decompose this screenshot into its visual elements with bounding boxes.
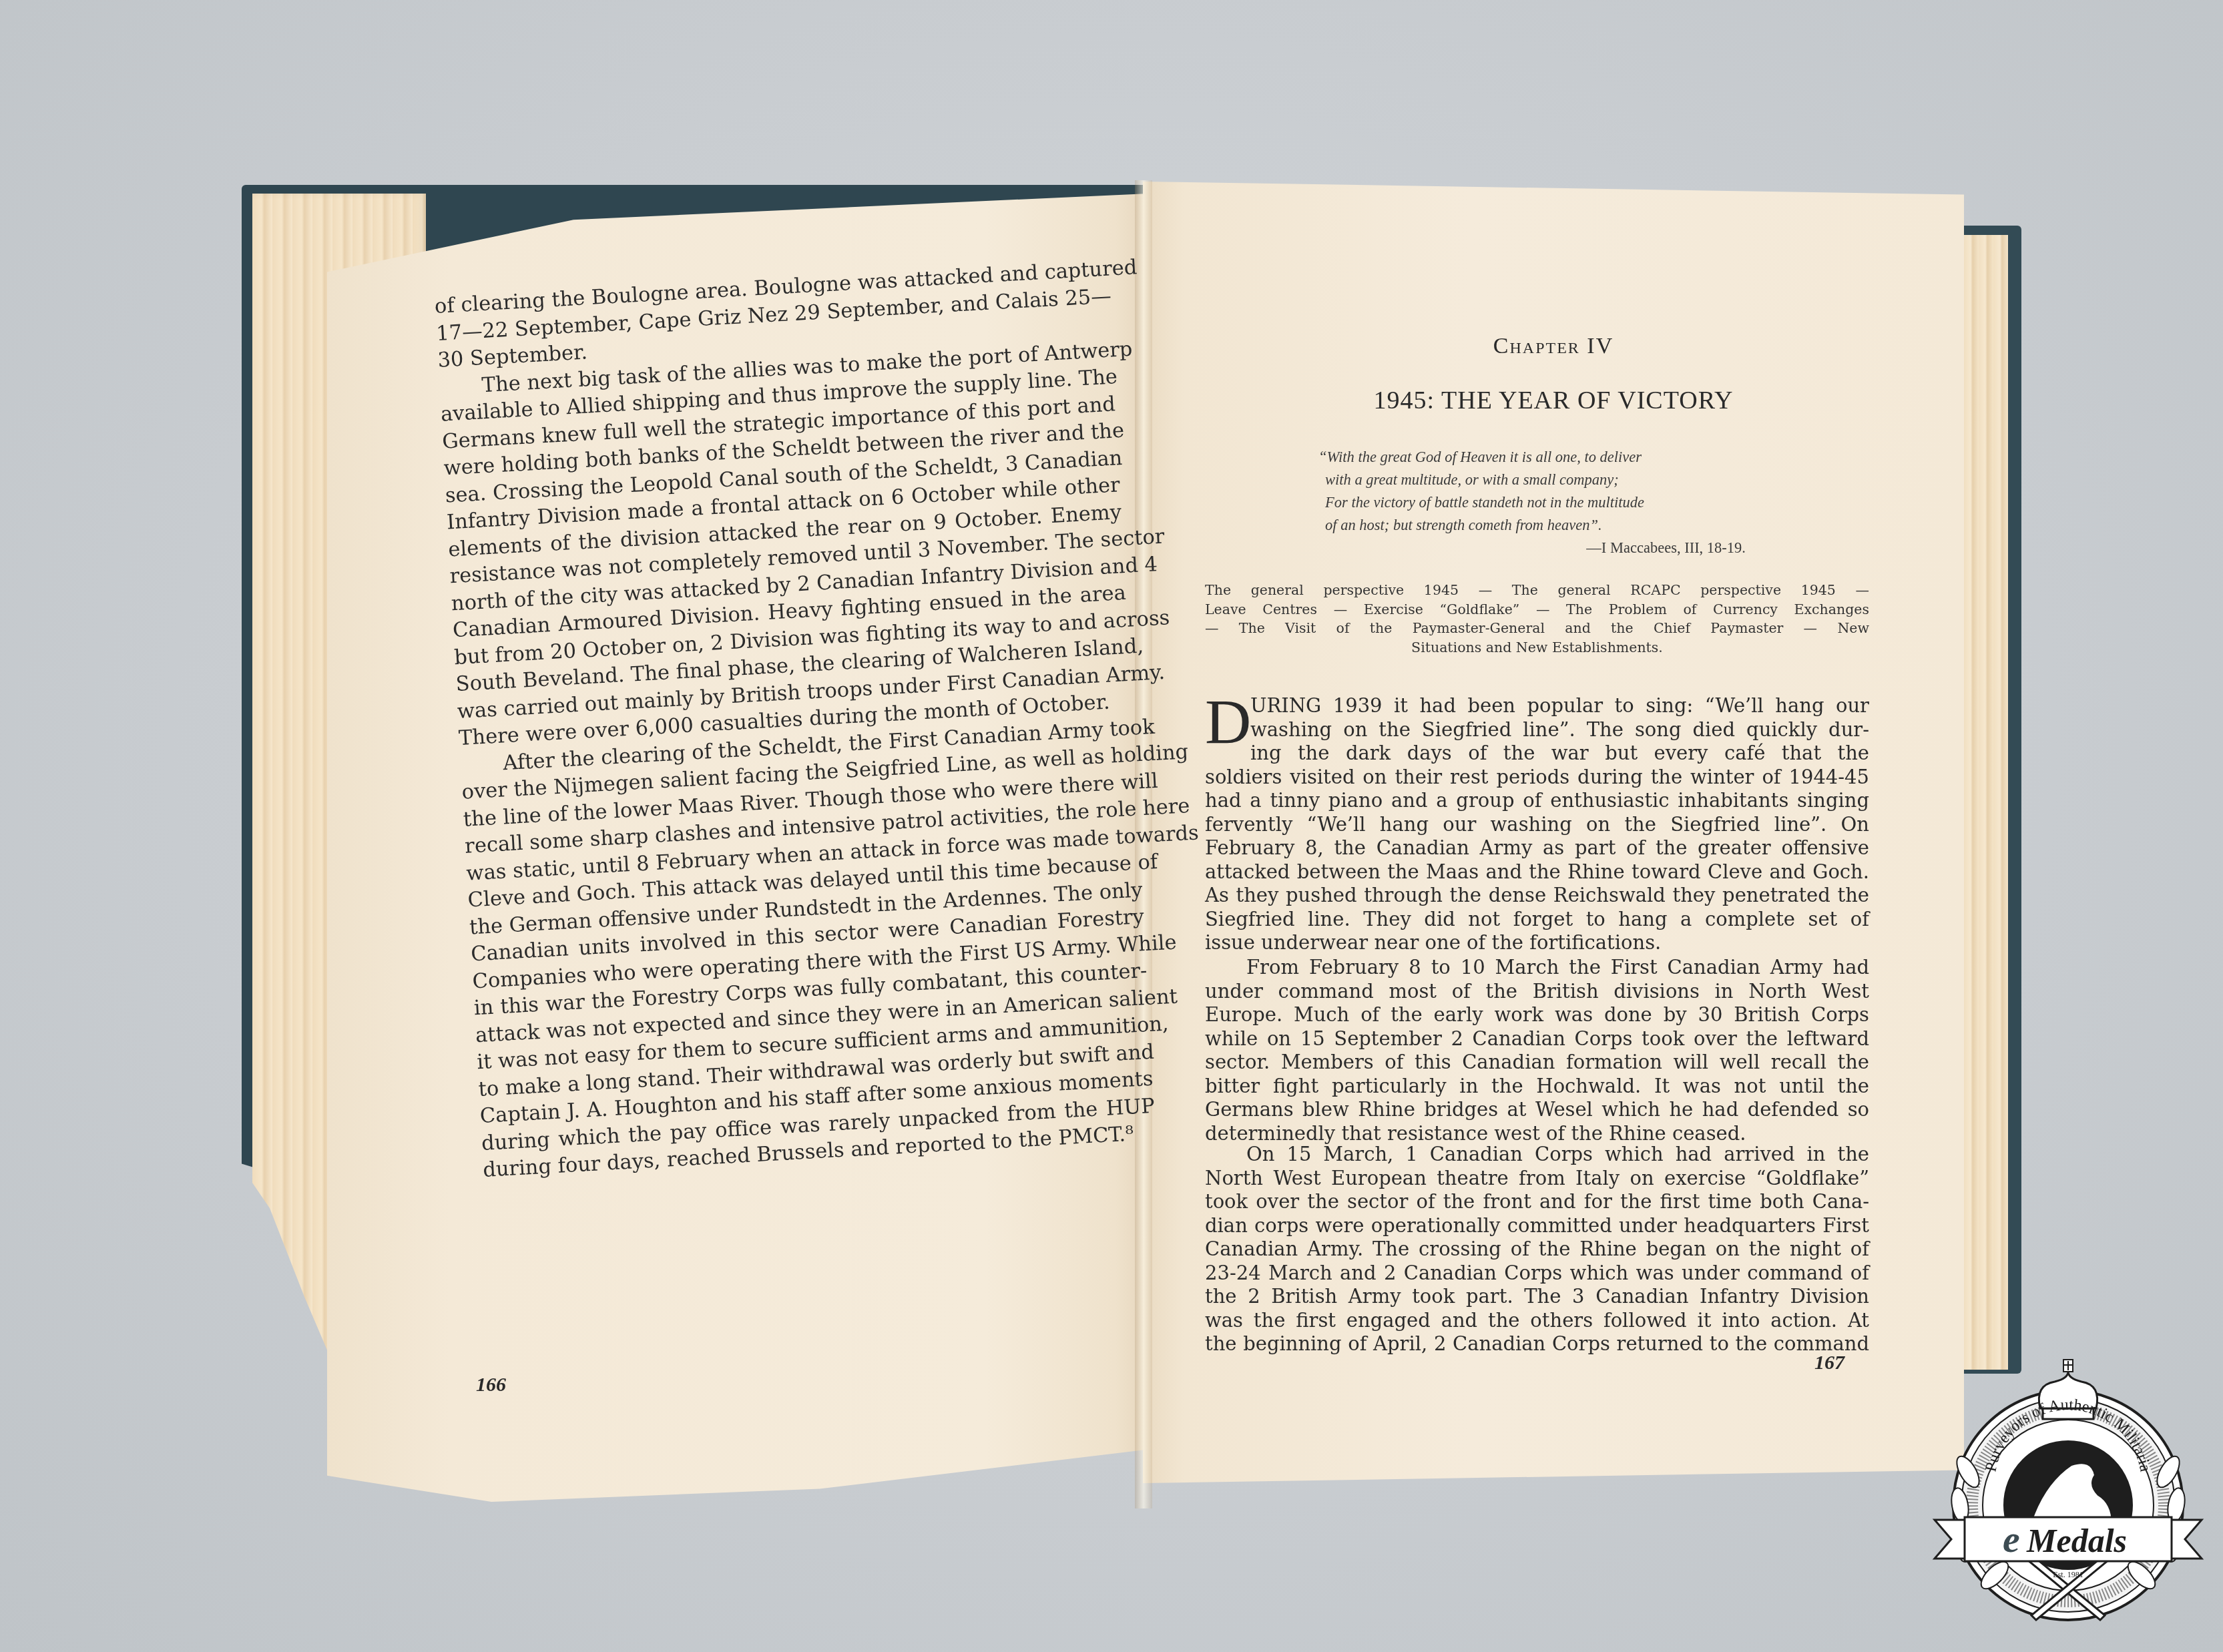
paragraph-3: On 15 March, 1 Canadian Corps which had … bbox=[1205, 1143, 1869, 1356]
text-line: North West European theatre from Italy o… bbox=[1205, 1167, 1869, 1191]
text-line: Siegfried line. They did not forget to h… bbox=[1205, 908, 1869, 932]
epigraph-line: “With the great God of Heaven it is all … bbox=[1318, 446, 1746, 469]
epigraph-attribution: —I Maccabees, III, 18-19. bbox=[1318, 537, 1746, 559]
left-page-body: of clearing the Boulogne area. Boulogne … bbox=[434, 256, 1157, 1185]
epigraph-line: with a great multitude, or with a small … bbox=[1318, 469, 1746, 491]
text-line: attacked between the Maas and the Rhine … bbox=[1205, 860, 1869, 884]
text-line: issue underwear near one of the fortific… bbox=[1205, 931, 1869, 955]
text-line: Canadian Army. The crossing of the Rhine… bbox=[1205, 1237, 1869, 1262]
text-line: Europe. Much of the early work was done … bbox=[1205, 1003, 1869, 1027]
epigraph-line: of an host; but strength cometh from hea… bbox=[1318, 514, 1746, 537]
summary-line: Leave Centres — Exercise “Goldflake” — T… bbox=[1205, 600, 1869, 619]
text-line: 23-24 March and 2 Canadian Corps which w… bbox=[1205, 1262, 1869, 1286]
text-line: determinedly that resistance west of the… bbox=[1205, 1122, 1869, 1146]
text-line: under command most of the British divisi… bbox=[1205, 980, 1869, 1004]
text-line: February 8, the Canadian Army as part of… bbox=[1205, 836, 1869, 860]
text-line: had a tinny piano and a group of enthusi… bbox=[1205, 789, 1869, 813]
summary-line: — The Visit of the Paymaster-General and… bbox=[1205, 619, 1869, 638]
page-number-left: 166 bbox=[476, 1374, 506, 1396]
text-line: dian corps were operationally committed … bbox=[1205, 1214, 1869, 1238]
text-line: On 15 March, 1 Canadian Corps which had … bbox=[1205, 1143, 1869, 1167]
svg-text:e: e bbox=[2003, 1517, 2020, 1561]
text-line: Germans blew Rhine bridges at Wesel whic… bbox=[1205, 1098, 1869, 1122]
svg-text:Medals: Medals bbox=[2026, 1522, 2127, 1559]
epigraph-line: For the victory of battle standeth not i… bbox=[1318, 491, 1746, 514]
text-line: fervently “We’ll hang our washing on the… bbox=[1205, 813, 1869, 837]
book-photo: of clearing the Boulogne area. Boulogne … bbox=[0, 0, 2223, 1652]
text-line: soldiers visited on their rest periods d… bbox=[1205, 766, 1869, 790]
text-line: ing the dark days of the war but every c… bbox=[1205, 742, 1869, 766]
svg-text:Est. 1981: Est. 1981 bbox=[2053, 1570, 2083, 1579]
text-line: took over the sector of the front and fo… bbox=[1205, 1190, 1869, 1214]
page-stack-right bbox=[1964, 235, 2008, 1370]
text-line: bitter fight particularly in the Hochwal… bbox=[1205, 1075, 1869, 1099]
text-line: From February 8 to 10 March the First Ca… bbox=[1205, 956, 1869, 980]
text-line: was the first engaged and the others fol… bbox=[1205, 1309, 1869, 1333]
text-line: the 2 British Army took part. The 3 Cana… bbox=[1205, 1285, 1869, 1309]
emedals-badge-icon: e Medals Purveyors of Authentic Militari… bbox=[1928, 1352, 2208, 1632]
paragraph-2: From February 8 to 10 March the First Ca… bbox=[1205, 956, 1869, 1145]
text-line: sector. Members of this Canadian formati… bbox=[1205, 1051, 1869, 1075]
summary-line: Situations and New Establishments. bbox=[1205, 638, 1869, 657]
text-line: while on 15 September 2 Canadian Corps t… bbox=[1205, 1027, 1869, 1051]
text-line: the beginning of April, 2 Canadian Corps… bbox=[1205, 1332, 1869, 1356]
text-line: washing on the Siegfried line”. The song… bbox=[1205, 718, 1869, 742]
chapter-title: 1945: THE YEAR OF VICTORY bbox=[1143, 386, 1964, 415]
text-line: As they pushed through the dense Reichsw… bbox=[1205, 884, 1869, 908]
summary-line: The general perspective 1945 — The gener… bbox=[1205, 581, 1869, 600]
emedals-logo: e Medals Purveyors of Authentic Militari… bbox=[1928, 1352, 2208, 1632]
chapter-summary: The general perspective 1945 — The gener… bbox=[1205, 581, 1869, 657]
text-line: URING 1939 it had been popular to sing: … bbox=[1205, 694, 1869, 718]
page-number-right: 167 bbox=[1814, 1352, 1844, 1374]
chapter-label: Chapter IV bbox=[1143, 334, 1964, 359]
epigraph: “With the great God of Heaven it is all … bbox=[1318, 446, 1746, 559]
